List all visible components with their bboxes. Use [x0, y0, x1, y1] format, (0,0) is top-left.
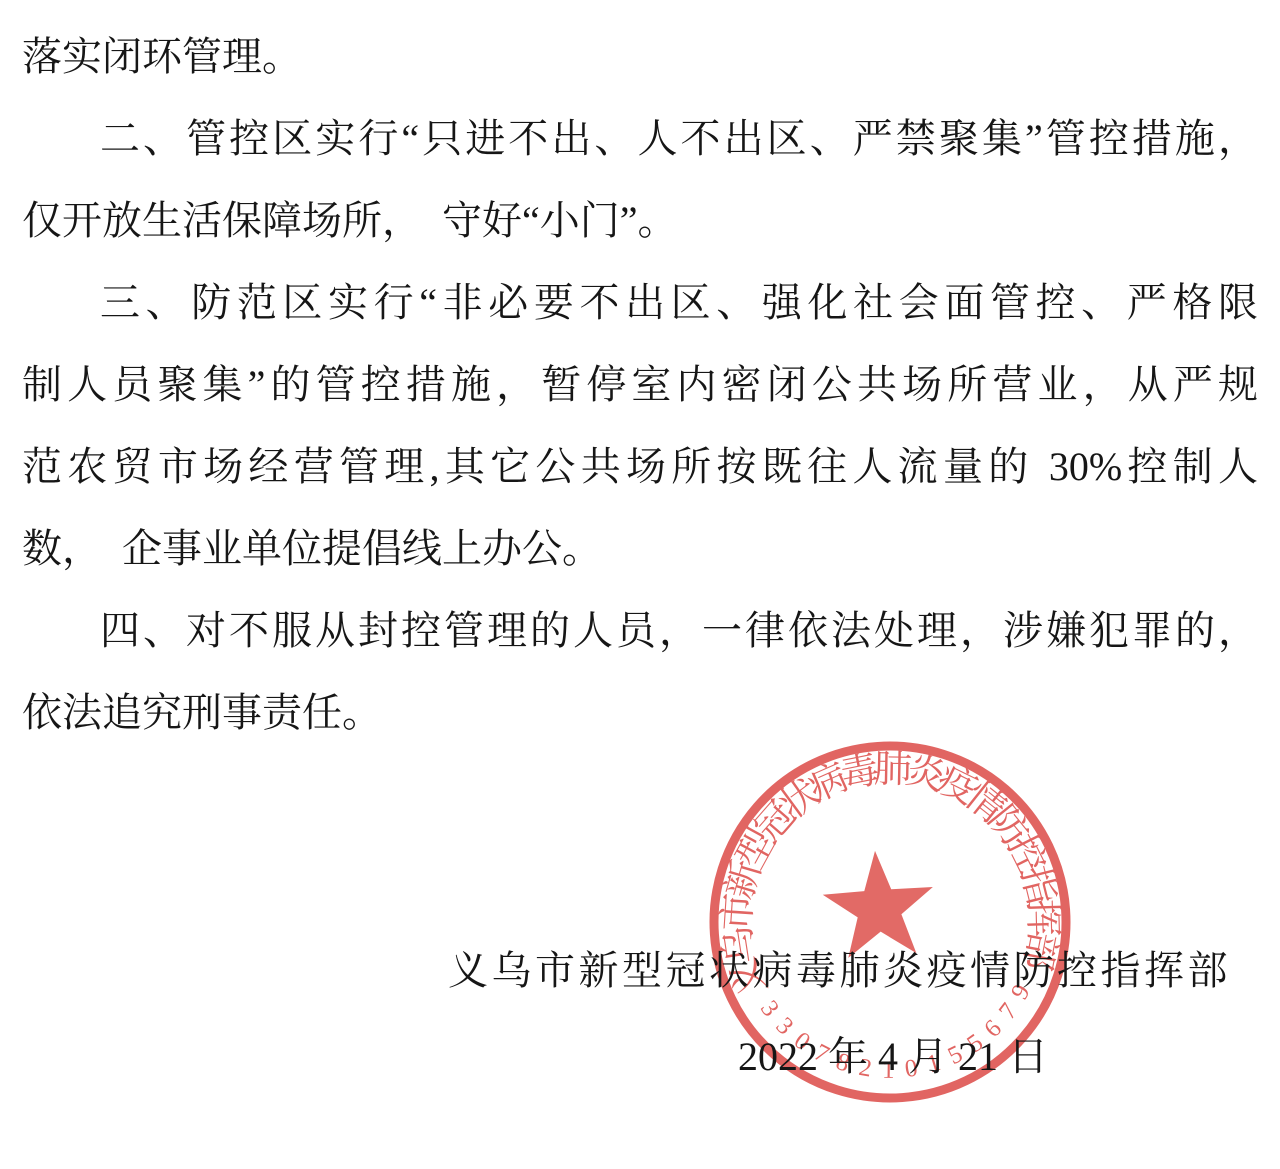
- document-line: 数， 企事业单位提倡线上办公。: [22, 508, 1258, 590]
- signature-line: 义乌市新型冠状病毒肺炎疫情防控指挥部: [22, 930, 1258, 1012]
- document-line: 三、防范区实行“非必要不出区、强化社会面管控、严格限: [22, 262, 1258, 344]
- date-line: 2022 年 4 月 21 日: [22, 1016, 1258, 1098]
- document-line: 二、管控区实行“只进不出、人不出区、严禁聚集”管控措施，: [22, 98, 1258, 180]
- document-page: 义乌市新型冠状病毒肺炎疫情防控指挥部 33078210155679 落实闭环管理…: [0, 0, 1280, 1169]
- document-line: 制人员聚集”的管控措施，暂停室内密闭公共场所营业，从严规: [22, 344, 1258, 426]
- document-line: 四、对不服从封控管理的人员，一律依法处理，涉嫌犯罪的，: [22, 590, 1258, 672]
- document-line: 仅开放生活保障场所， 守好“小门”。: [22, 180, 1258, 262]
- document-line: 落实闭环管理。: [22, 16, 1258, 98]
- document-line: 范农贸市场经营管理,其它公共场所按既往人流量的 30%控制人: [22, 426, 1258, 508]
- document-line: 依法追究刑事责任。: [22, 672, 1258, 754]
- document-body: 落实闭环管理。 二、管控区实行“只进不出、人不出区、严禁聚集”管控措施， 仅开放…: [0, 0, 1280, 1098]
